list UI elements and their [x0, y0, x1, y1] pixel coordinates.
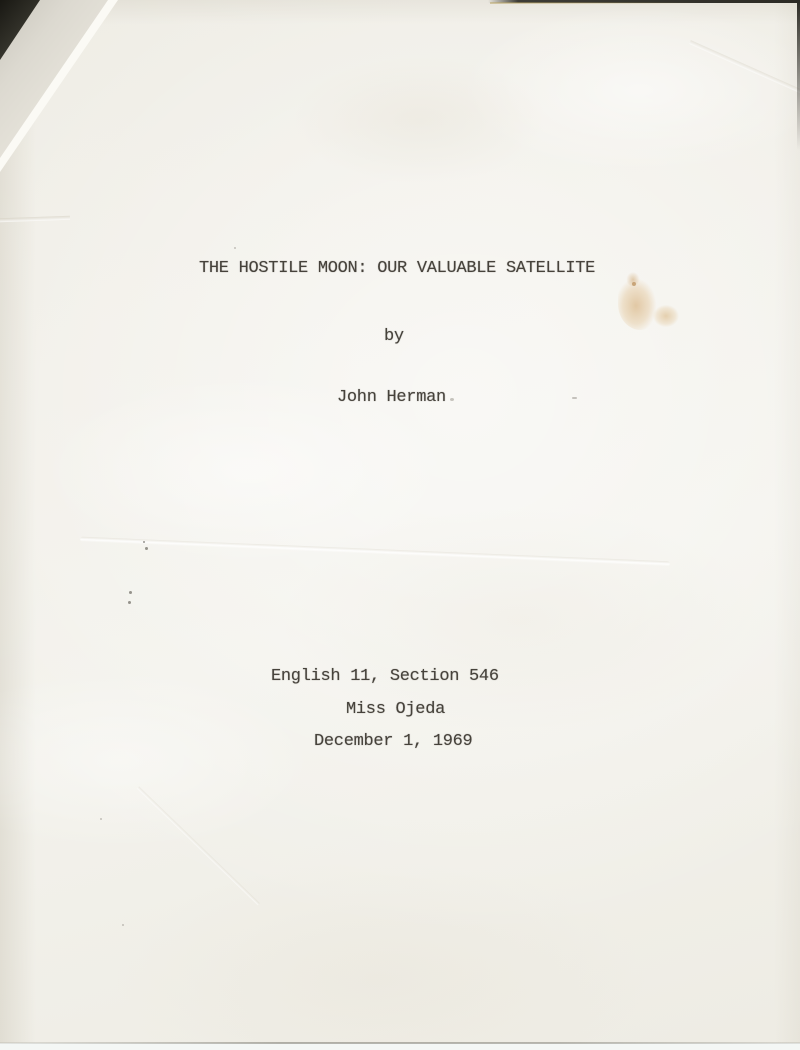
paper-smudge	[450, 398, 454, 401]
coffee-stain	[606, 270, 698, 344]
paper-texture	[0, 0, 800, 1043]
scanner-bed-strip	[0, 1044, 800, 1050]
byline-label: by	[384, 328, 404, 345]
paper-speck	[234, 247, 236, 249]
paper-title: THE HOSTILE MOON: OUR VALUABLE SATELLITE	[199, 260, 595, 277]
stain-blob-secondary	[652, 304, 680, 328]
paper-speck	[128, 601, 131, 604]
paper-speck	[143, 541, 145, 543]
course-line: English 11, Section 546	[271, 668, 499, 685]
instructor-line: Miss Ojeda	[346, 701, 445, 718]
stain-dot	[632, 282, 636, 286]
paper-smudge	[572, 397, 577, 399]
paper-speck	[129, 591, 132, 594]
paper-speck	[100, 818, 102, 820]
paper-speck	[122, 924, 124, 926]
author-name: John Herman	[337, 389, 446, 406]
scan-edge-top-tint	[490, 2, 700, 4]
paper-speck	[145, 547, 148, 550]
date-line: December 1, 1969	[314, 733, 472, 750]
stain-blob-main	[618, 276, 658, 330]
scanned-title-page: THE HOSTILE MOON: OUR VALUABLE SATELLITE…	[0, 0, 800, 1050]
